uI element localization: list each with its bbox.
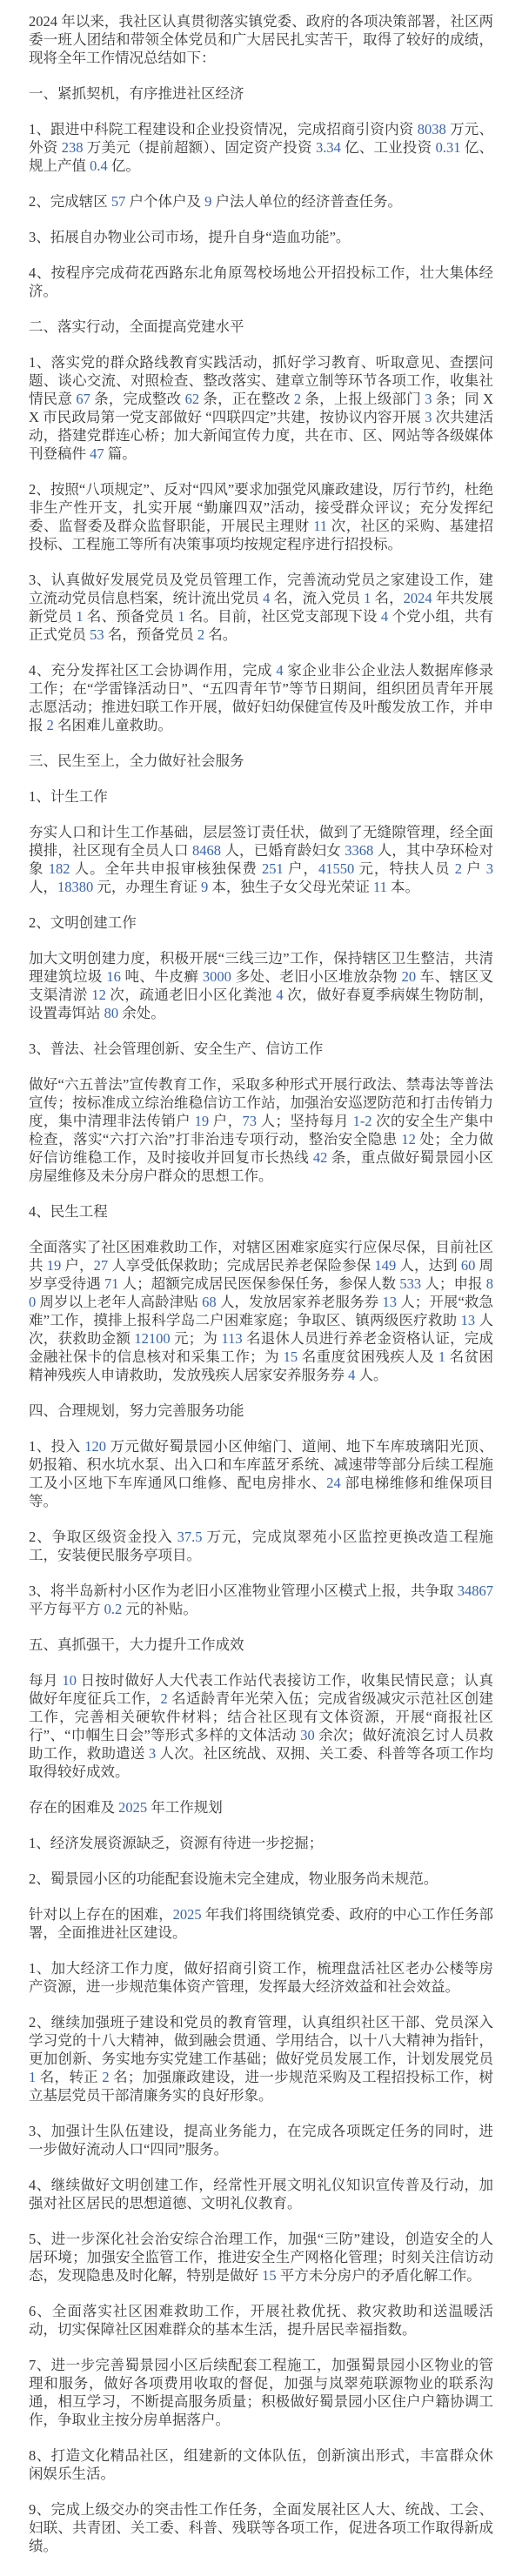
number-highlight: 3368 (345, 842, 373, 859)
number-highlight: 27 (94, 1257, 109, 1274)
section-heading-2: 二、落实行动，全面提高党建水平 (29, 318, 493, 336)
body-paragraph: 每月 10 日按时做好人大代表工作站代表接访工作，收集民情民意；认真做好年度征兵… (29, 1671, 493, 1781)
list-item: 4、按程序完成荷花西路东北角原驾校场地公开招投标工作，壮大集体经济。 (29, 264, 493, 300)
number-highlight: 18380 (57, 879, 93, 895)
subsection-heading: 3、普法、社会管理创新、安全生产、信访工作 (29, 1040, 493, 1058)
body-paragraph: 做好“六五普法”宣传教育工作，采取多种形式开展行政法、禁毒法等普法宣传；按标准成… (29, 1075, 493, 1185)
list-item: 3、加强计生队伍建设，提高业务能力，在完成各项既定任务的同时，进一步做好流动人口… (29, 2122, 493, 2158)
list-item: 3、拓展自办物业公司市场，提升自身“造血功能”。 (29, 228, 493, 246)
number-highlight: 13 (382, 1294, 397, 1310)
list-item: 1、投入 120 万元做好蜀景园小区伸缩门、道闸、地下车库玻璃阳光顶、奶报箱、积… (29, 1437, 493, 1510)
list-item: 8、打造文化精品社区，组建新的文体队伍，创新演出形式，丰富群众休闲娱乐生活。 (29, 2446, 493, 2483)
number-highlight: 20 (402, 968, 417, 985)
list-item: 2、完成辖区 57 户个体户及 9 户法人单位的经济普查任务。 (29, 192, 493, 211)
number-highlight: 60 (461, 1257, 476, 1274)
list-item: 7、进一步完善蜀景园小区后续配套工程施工，加强蜀景园小区物业的管理和服务，做好各… (29, 2356, 493, 2429)
list-item: 1、落实党的群众路线教育实践活动，抓好学习教育、听取意见、查摆问题、谈心交流、对… (29, 353, 493, 463)
number-highlight: 19 (47, 1257, 62, 1274)
number-highlight: 1 (29, 2069, 36, 2085)
body-paragraph: 加大文明创建力度，积极开展“三线三边”工作，保持辖区卫生整洁，共清理建筑垃圾 1… (29, 949, 493, 1022)
number-highlight: 182 (49, 860, 70, 877)
number-highlight: 4 (348, 1367, 355, 1383)
number-highlight: 113 (222, 1330, 243, 1347)
number-highlight: 3000 (203, 968, 231, 985)
number-highlight: 37.5 (177, 1529, 203, 1545)
number-highlight: 0.31 (436, 139, 461, 156)
list-item: 2、继续加强班子建设和党员的教育管理，认真组织社区干部、党员深入学习党的十八大精… (29, 2013, 493, 2104)
number-highlight: 1 (177, 608, 184, 625)
list-item: 1、跟进中科院工程建设和企业投资情况，完成招商引资内资 8038 万元、外资 2… (29, 120, 493, 175)
number-highlight: 16 (106, 968, 121, 985)
number-highlight: 12 (91, 987, 106, 1003)
section-heading-4: 四、合理规划，努力完善服务功能 (29, 1402, 493, 1420)
body-paragraph: 全面落实了社区困难救助工作，对辖区困难家庭实行应保尽保，目前社区共 19 户，2… (29, 1238, 493, 1384)
number-highlight: 80 (104, 1005, 119, 1021)
number-highlight: 4 (276, 987, 283, 1003)
number-highlight: 15 (262, 2267, 277, 2284)
number-highlight: 3 (486, 860, 493, 877)
subsection-heading: 1、计生工作 (29, 787, 493, 806)
number-highlight: 62 (185, 391, 200, 407)
list-item: 1、经济发展资源缺乏，资源有待进一步挖掘； (29, 1834, 493, 1852)
number-highlight: 4 (263, 590, 270, 606)
number-highlight: 8468 (192, 842, 221, 859)
number-highlight: 30 (300, 1727, 315, 1743)
number-highlight: 24 (326, 1475, 341, 1491)
intro-paragraph: 2024 年以来，我社区认真贯彻落实镇党委、政府的各项决策部署，社区两委一班人团… (29, 12, 493, 67)
number-highlight: 34867 (458, 1582, 493, 1599)
number-highlight: 251 (262, 860, 284, 877)
number-highlight: 2025 (118, 1799, 147, 1816)
number-highlight: 2 (455, 860, 462, 877)
number-highlight: 4 (381, 608, 388, 625)
subsection-heading: 4、民生工程 (29, 1202, 493, 1221)
number-highlight: 149 (374, 1257, 396, 1274)
number-highlight: 1 (364, 590, 371, 606)
number-highlight: 3 (149, 1745, 156, 1762)
number-highlight: 12 (401, 1131, 416, 1147)
list-item: 2、蜀景园小区的功能配套设施未完全建成，物业服务尚未规范。 (29, 1870, 493, 1888)
number-highlight: 15 (284, 1348, 298, 1365)
document-body: 2024 年以来，我社区认真贯彻落实镇党委、政府的各项决策部署，社区两委一班人团… (0, 0, 522, 2576)
number-highlight: 13 (461, 1312, 476, 1328)
number-highlight: 2024 (404, 590, 432, 606)
number-highlight: 67 (76, 391, 90, 407)
number-highlight: 120 (84, 1438, 106, 1455)
section-heading-plan: 存在的困难及 2025 年工作规划 (29, 1798, 493, 1817)
number-highlight: 68 (202, 1294, 217, 1310)
number-highlight: 41550 (318, 860, 354, 877)
body-paragraph: 针对以上存在的困难，2025 年我们将围绕镇党委、政府的中心工作任务部署，全面推… (29, 1905, 493, 1942)
number-highlight: 8038 (418, 121, 446, 137)
list-item: 3、将半岛新村小区作为老旧小区准物业管理小区模式上报，共争取 34867 平方每… (29, 1582, 493, 1618)
number-highlight: 2 (102, 2069, 109, 2085)
list-item: 5、进一步深化社会治安综合治理工作，加强“三防”建设，创造安全的人居环境；加强安… (29, 2230, 493, 2285)
number-highlight: 2 (294, 391, 301, 407)
number-highlight: 0.2 (104, 1601, 123, 1617)
number-highlight: 4 (276, 662, 283, 679)
list-item: 4、继续做好文明创建工作，经常性开展文明礼仪知识宣传普及行动，加强对社区居民的思… (29, 2176, 493, 2212)
list-item: 2、争取区级资金投入 37.5 万元，完成岚翠苑小区监控更换改造工程施工，安装便… (29, 1528, 493, 1564)
list-item: 9、完成上级交办的突击性工作任务，全面发展社区人大、统战、工会、妇联、共青团、关… (29, 2500, 493, 2555)
number-highlight: 1 (438, 1348, 445, 1365)
number-highlight: 3 (425, 409, 432, 425)
body-paragraph: 夯实人口和计生工作基础，层层签订责任状，做到了无缝隙管理，经全面摸排，社区现有全… (29, 823, 493, 896)
list-item: 1、加大经济工作力度，做好招商引资工作，梳理盘活社区老办公楼等房产资源，进一步规… (29, 1959, 493, 1996)
number-highlight: 3.34 (316, 139, 341, 156)
number-highlight: 238 (62, 139, 84, 156)
number-highlight: 533 (399, 1275, 421, 1292)
number-highlight: 1 (76, 608, 83, 625)
list-item: 3、认真做好发展党员及党员管理工作，完善流动党员之家建设工作，建立流动党员信息档… (29, 571, 493, 644)
number-highlight: 11 (313, 518, 327, 534)
number-highlight: 80 (29, 1275, 493, 1310)
number-highlight: 9 (204, 193, 211, 210)
number-highlight: 2 (47, 717, 54, 733)
list-item: 2、按照“八项规定”、反对“四风”要求加强党风廉政建设，厉行节约，杜绝非生产性开… (29, 480, 493, 553)
number-highlight: 10 (63, 1672, 77, 1689)
number-highlight: 73 (242, 1113, 257, 1129)
section-heading-5: 五、真抓强干，大力提升工作成效 (29, 1636, 493, 1654)
number-highlight: 57 (111, 193, 126, 210)
number-highlight: 42 (313, 1149, 328, 1166)
number-highlight: 1-2 (353, 1113, 372, 1129)
number-highlight: 2025 (173, 1906, 202, 1923)
list-item: 4、充分发挥社区工会协调作用，完成 4 家企业非公企业法人数据库修录工作；在“学… (29, 661, 493, 734)
number-highlight: 19 (195, 1113, 210, 1129)
number-highlight: 2 (197, 626, 204, 643)
subsection-heading: 2、文明创建工作 (29, 913, 493, 932)
number-highlight: 2 (160, 1690, 167, 1707)
section-heading-1: 一、紧抓契机，有序推进社区经济 (29, 84, 493, 103)
section-heading-3: 三、民生至上，全力做好社会服务 (29, 752, 493, 770)
number-highlight: 71 (104, 1275, 119, 1292)
number-highlight: 53 (90, 626, 104, 643)
number-highlight: 9 (201, 879, 208, 895)
number-highlight: 47 (90, 445, 104, 462)
list-item: 6、全面落实社区困难救助工作，开展社救优抚、救灾救助和送温暖活动，切实保障社区困… (29, 2302, 493, 2338)
number-highlight: 11 (373, 879, 387, 895)
number-highlight: 12100 (134, 1330, 170, 1347)
number-highlight: 0.4 (90, 157, 108, 174)
number-highlight: 3 (425, 391, 432, 407)
